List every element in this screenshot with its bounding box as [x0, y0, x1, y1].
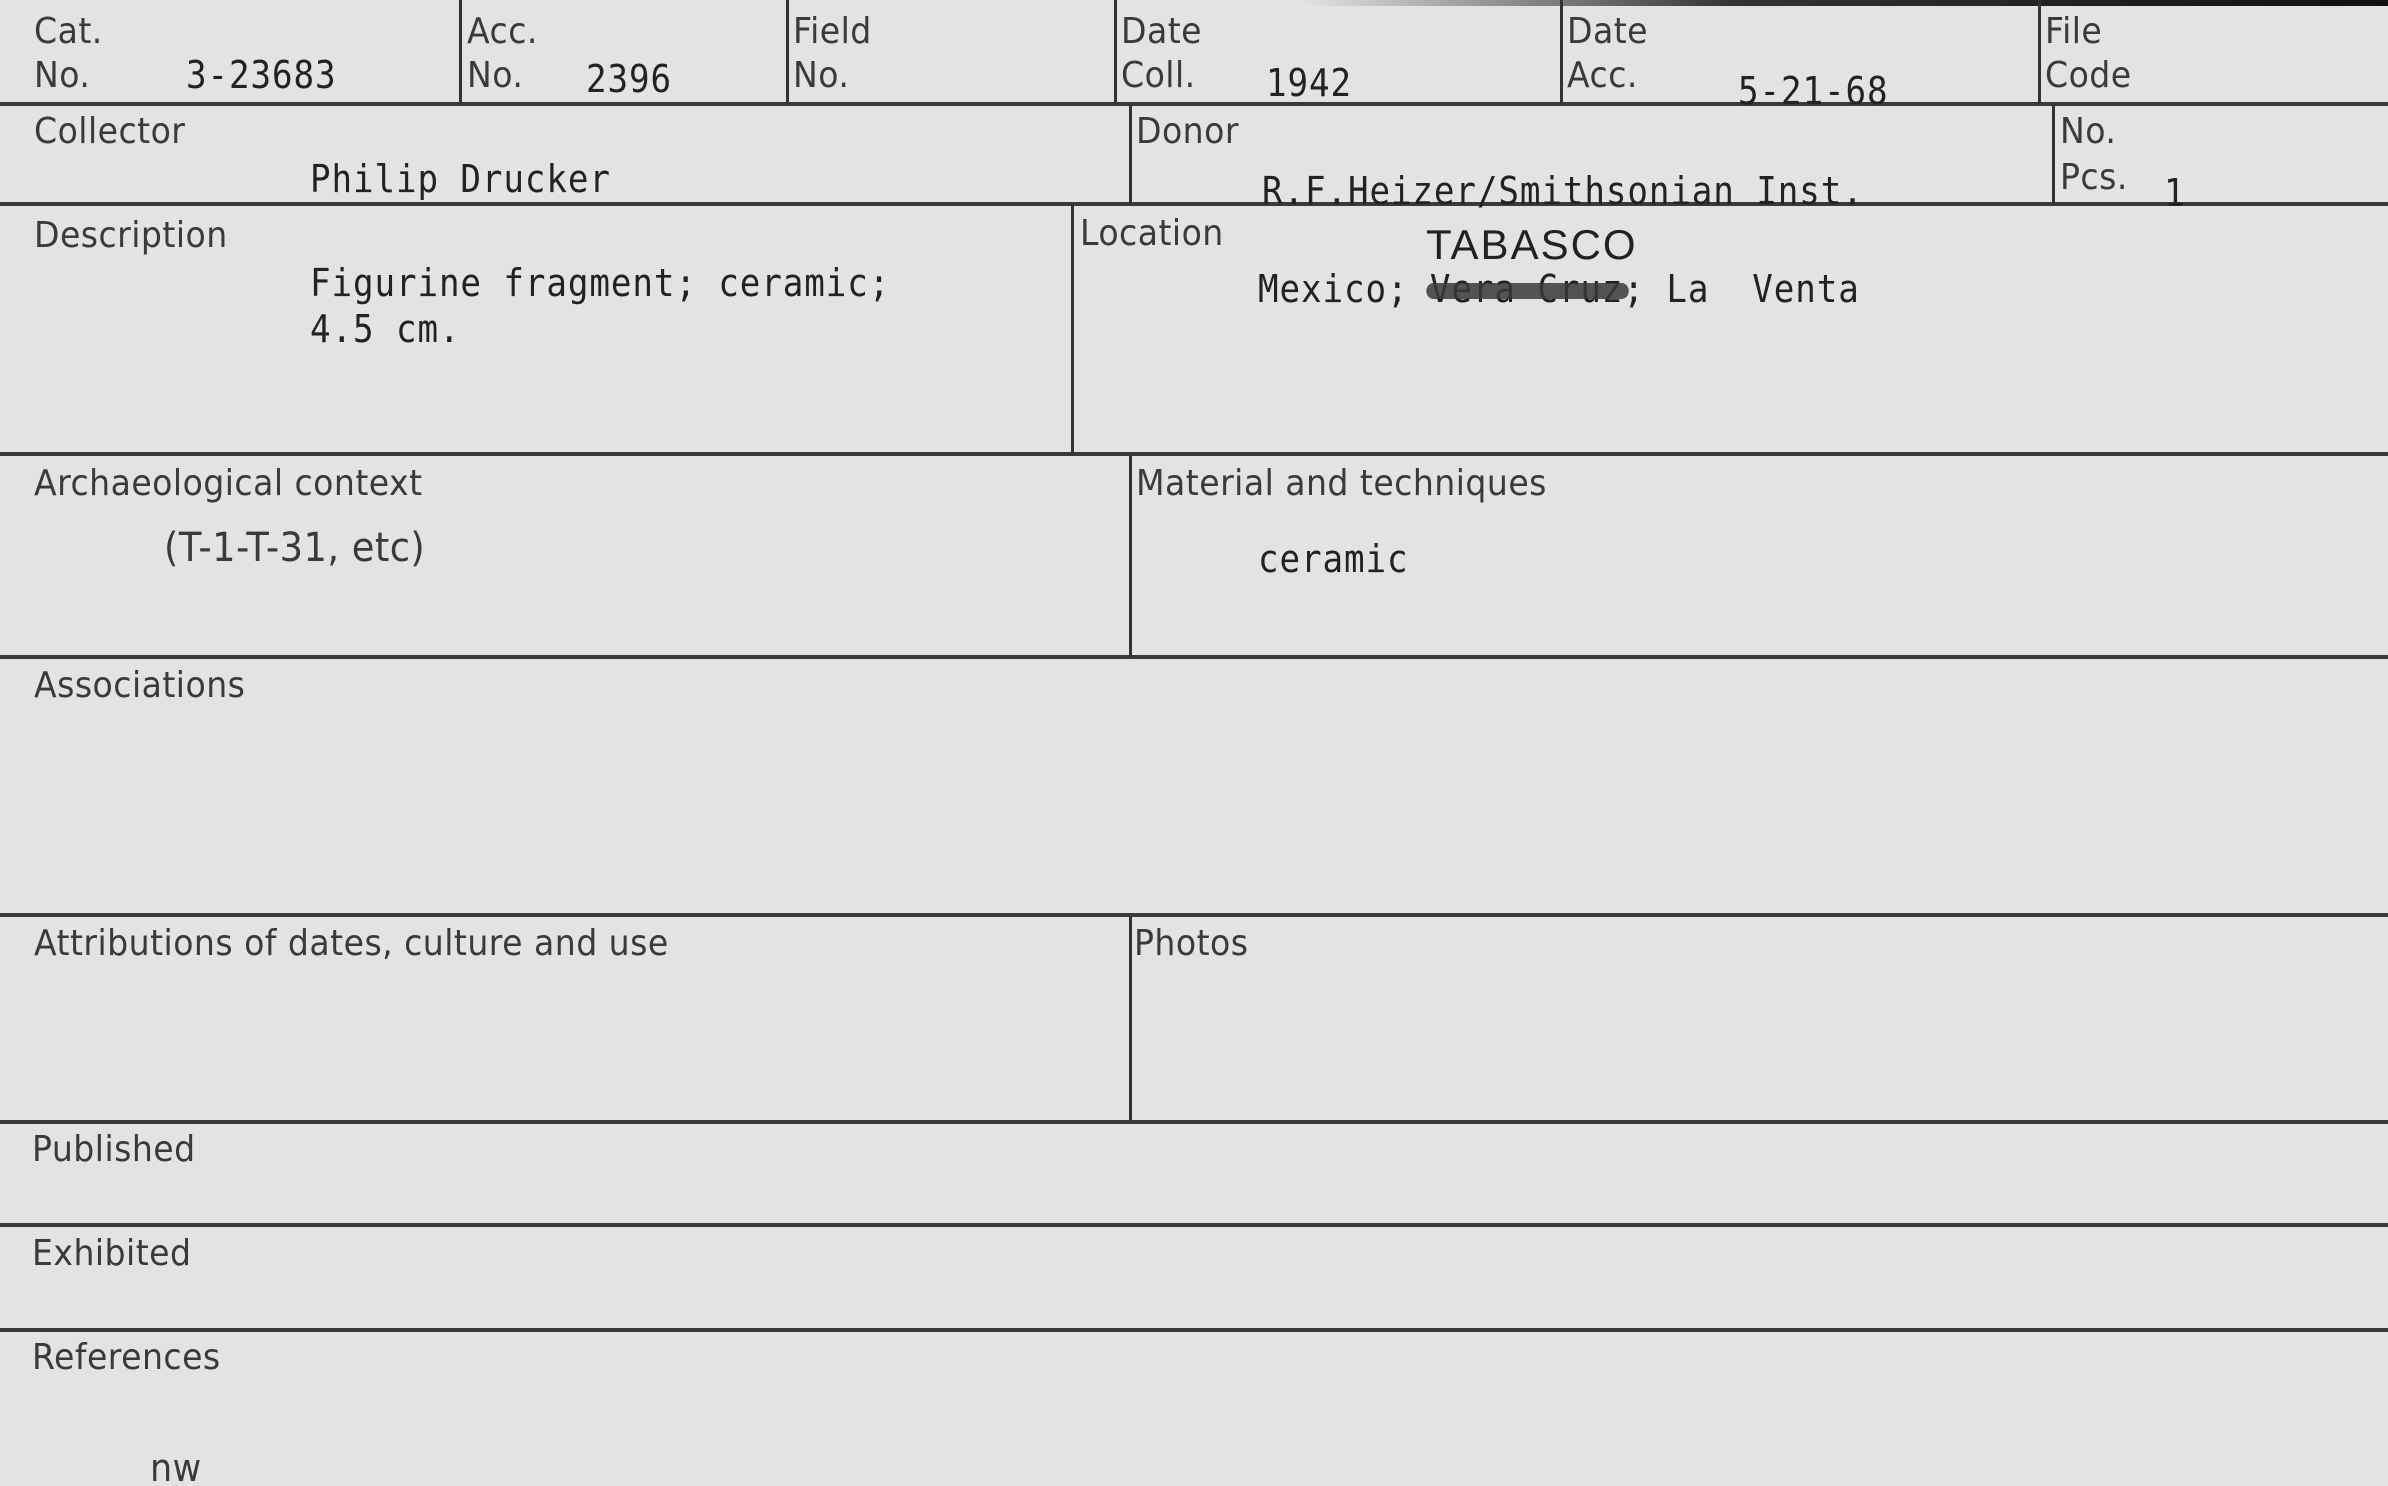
- date-acc-label: Acc.: [1567, 54, 1638, 98]
- divider: [1129, 104, 1132, 204]
- references-label: References: [32, 1336, 221, 1380]
- exhibited-label: Exhibited: [32, 1232, 191, 1276]
- divider: [1071, 204, 1074, 454]
- divider: [786, 0, 789, 104]
- top-edge-shadow: [1300, 0, 2388, 6]
- location-annotation: TABASCO: [1426, 222, 1638, 268]
- location-suffix: ; La Venta: [1623, 267, 1859, 311]
- rule-top-row: [0, 102, 2388, 106]
- divider: [1129, 454, 1132, 657]
- rule-associations: [0, 913, 2388, 917]
- rule-collector: [0, 202, 2388, 206]
- divider: [2038, 0, 2041, 104]
- photos-label: Photos: [1134, 922, 1248, 966]
- location-value: Mexico; Vera Cruz; La Venta: [1258, 266, 1860, 312]
- divider: [459, 0, 462, 104]
- acc-no-value: 2396: [586, 56, 672, 102]
- location-label: Location: [1080, 212, 1224, 256]
- material-techniques-value: ceramic: [1258, 536, 1408, 582]
- pcs-label: Pcs.: [2060, 156, 2128, 200]
- location-prefix: Mexico;: [1258, 267, 1430, 311]
- date-coll-label: Coll.: [1121, 54, 1196, 98]
- no-label: No.: [2060, 110, 2116, 154]
- date-label: Date: [1567, 10, 1648, 54]
- description-line-2: 4.5 cm.: [310, 306, 460, 352]
- field-label: Field: [793, 10, 872, 54]
- date-coll-value: 1942: [1266, 60, 1352, 106]
- collector-value: Philip Drucker: [310, 156, 611, 202]
- divider: [1560, 0, 1563, 104]
- cat-no-value: 3-23683: [186, 52, 336, 98]
- attributions-label: Attributions of dates, culture and use: [34, 922, 669, 966]
- no-pcs-value: 1: [2164, 170, 2186, 216]
- divider: [2052, 104, 2055, 204]
- acc-no-label: No.: [467, 54, 523, 98]
- material-techniques-label: Material and techniques: [1136, 462, 1547, 506]
- associations-label: Associations: [34, 664, 245, 708]
- divider: [1114, 0, 1117, 104]
- date-acc-value: 5-21-68: [1738, 68, 1888, 114]
- description-line-1: Figurine fragment; ceramic;: [310, 260, 890, 306]
- references-initials: nw: [150, 1446, 202, 1486]
- rule-attributions: [0, 1120, 2388, 1124]
- location-struck-text: Vera Cruz: [1430, 266, 1623, 312]
- file-code-label: Code: [2045, 54, 2132, 98]
- published-label: Published: [32, 1128, 196, 1172]
- donor-label: Donor: [1136, 110, 1239, 154]
- rule-published: [0, 1223, 2388, 1227]
- donor-value: R.F.Heizer/Smithsonian Inst.: [1262, 168, 1864, 214]
- rule-context: [0, 655, 2388, 659]
- divider: [1129, 915, 1132, 1122]
- acc-label: Acc.: [467, 10, 538, 54]
- archaeological-context-label: Archaeological context: [34, 462, 423, 506]
- rule-exhibited: [0, 1328, 2388, 1332]
- description-label: Description: [34, 214, 228, 258]
- field-no-label: No.: [793, 54, 849, 98]
- cat-label: Cat.: [34, 10, 103, 54]
- collector-label: Collector: [34, 110, 185, 154]
- archaeological-context-value: (T-1-T-31, etc): [164, 526, 425, 570]
- cat-no-label: No.: [34, 54, 90, 98]
- date-label: Date: [1121, 10, 1202, 54]
- file-label: File: [2045, 10, 2102, 54]
- rule-description: [0, 452, 2388, 456]
